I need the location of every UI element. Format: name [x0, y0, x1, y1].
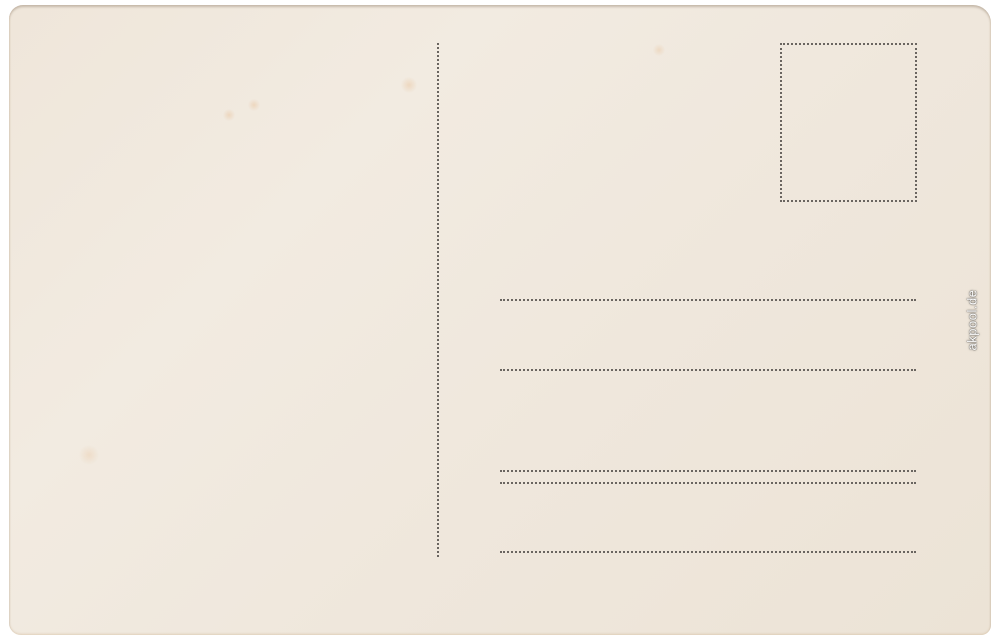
address-line-2: [500, 369, 916, 371]
address-line-3: [500, 470, 916, 472]
address-line-5: [500, 551, 916, 553]
stamp-box: [780, 43, 917, 202]
address-line-1: [500, 299, 916, 301]
message-address-divider: [437, 43, 439, 557]
watermark: akpool.de: [965, 290, 980, 351]
postcard-back: [9, 5, 991, 635]
address-line-4: [500, 482, 916, 484]
